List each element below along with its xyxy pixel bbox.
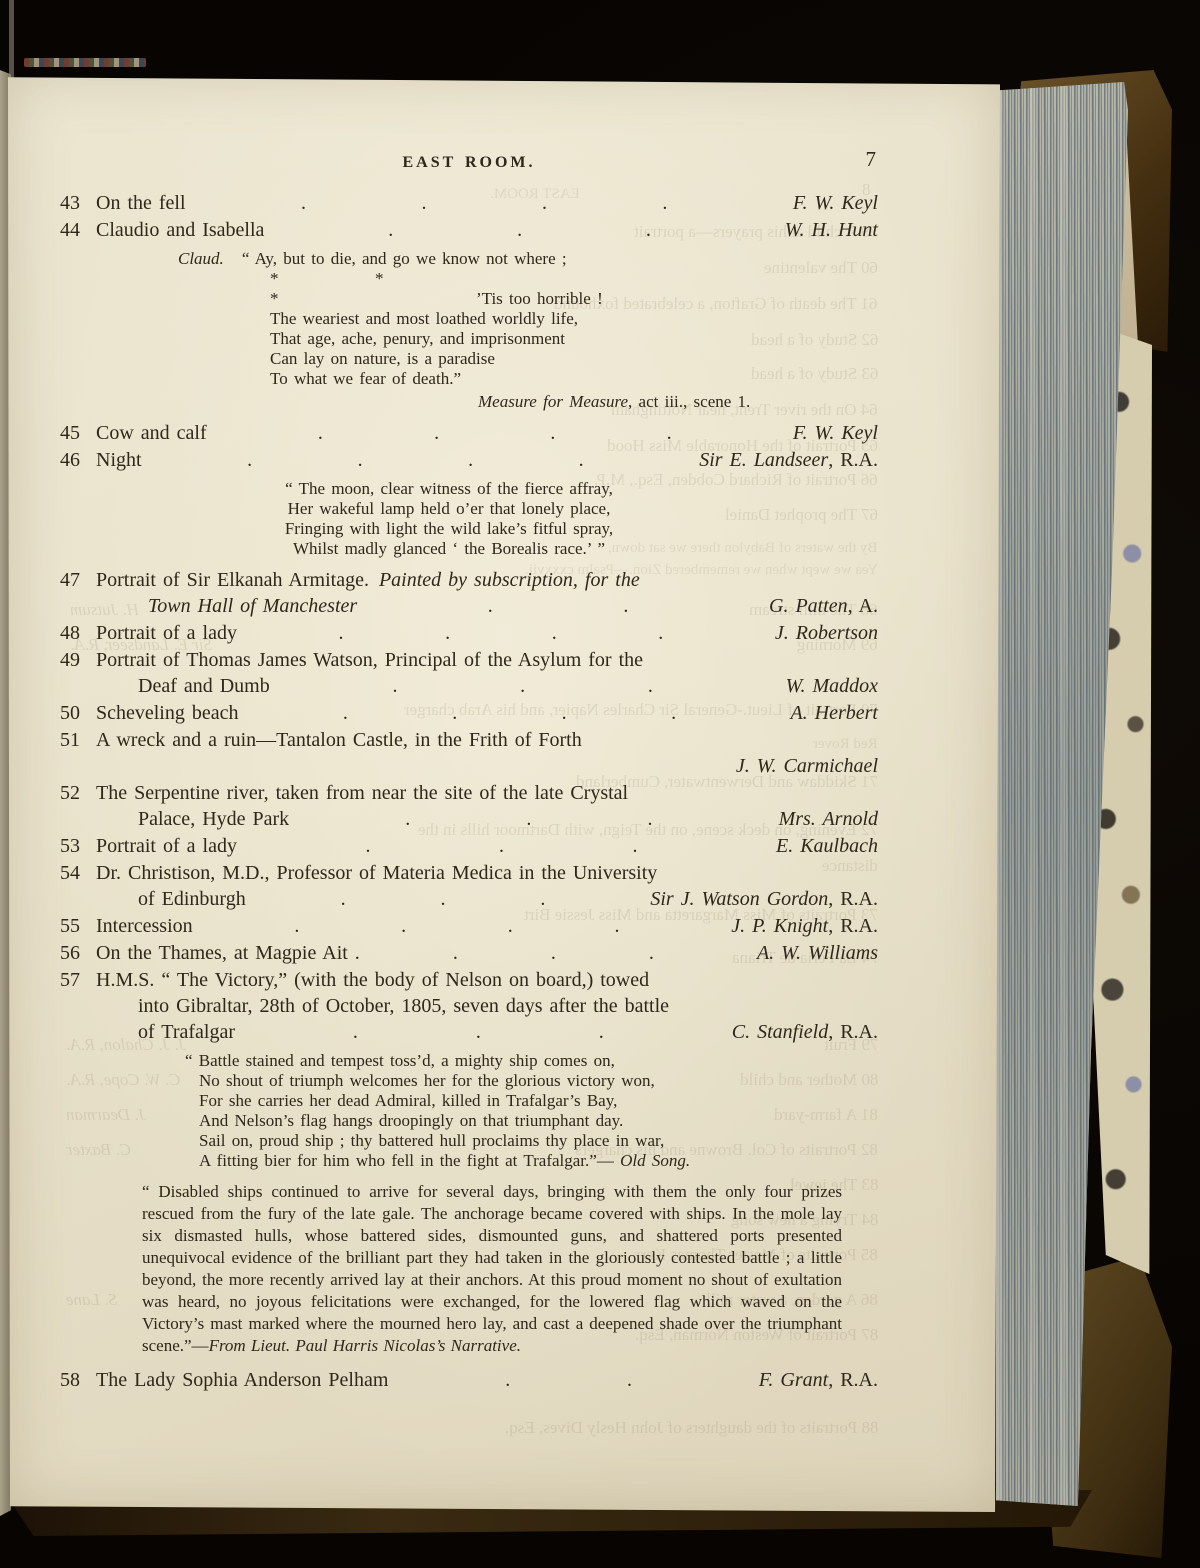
catalog-entry: 55Intercession....J. P. Knight, R.A.: [60, 913, 878, 939]
quote-line: That age, ache, penury, and imprisonment: [270, 329, 878, 349]
catalog-entry: 44Claudio and Isabella...W. H. HuntClaud…: [60, 217, 878, 412]
prose-attribution: From Lieut. Paul Harris Nicolas’s Narrat…: [209, 1336, 521, 1355]
artist-honorific: , A.: [848, 595, 878, 617]
catalog-entries: 43On the fell....F. W. Keyl44Claudio and…: [60, 190, 878, 1393]
catalog-entry: 54Dr. Christison, M.D., Professor of Mat…: [60, 860, 878, 912]
quote-line: Claud.“ Ay, but to die, and go we know n…: [178, 249, 878, 269]
artist-name: E. Kaulbach: [776, 833, 878, 859]
entry-title: Portrait of Thomas James Watson, Princip…: [96, 647, 643, 673]
page-content: EAST ROOM. 7 43On the fell....F. W. Keyl…: [60, 150, 878, 1394]
quote-line: Can lay on nature, is a paradise: [270, 349, 878, 369]
entry-title: Cow and calf: [96, 420, 207, 446]
catalog-entry: 46Night....Sir E. Landseer, R.A.“ The mo…: [60, 447, 878, 559]
artist-name: A. W. Williams: [757, 940, 878, 966]
entry-number: 48: [60, 620, 96, 646]
quote-line: And Nelson’s flag hangs droopingly on th…: [185, 1111, 878, 1131]
entry-title: Palace, Hyde Park: [138, 806, 289, 832]
entry-line: of Edinburgh...Sir J. Watson Gordon, R.A…: [138, 886, 878, 912]
artist-name: C. Stanfield, R.A.: [732, 1019, 878, 1045]
quote-line: A fitting bier for him who fell in the f…: [185, 1151, 878, 1171]
catalog-entry: 45Cow and calf....F. W. Keyl: [60, 420, 878, 446]
prose-note: “ Disabled ships continued to arrive for…: [142, 1181, 842, 1357]
quote-line: Her wakeful lamp held o’er that lonely p…: [60, 499, 838, 519]
scanned-book-photo: 8EAST ROOM.59 A child at his prayers—a p…: [0, 0, 1200, 1568]
entry-line: 48Portrait of a lady....J. Robertson: [60, 620, 878, 646]
quote-line: “ Battle stained and tempest toss’d, a m…: [185, 1051, 878, 1071]
artist-honorific: , R.A.: [828, 888, 878, 910]
leader-dots: ...: [246, 889, 641, 909]
asterisk-break: * * *: [270, 269, 440, 309]
entry-line: 50Scheveling beach....A. Herbert: [60, 700, 878, 726]
quote-line: Fringing with light the wild lake’s fitf…: [60, 519, 838, 539]
entry-line: into Gibraltar, 28th of October, 1805, s…: [138, 993, 878, 1019]
leader-dots: ..: [357, 596, 759, 616]
book-spine-top-band: [14, 40, 1018, 76]
entry-number: 50: [60, 700, 96, 726]
artist-name: F. W. Keyl: [793, 420, 878, 446]
quote-line: * * *’Tis too horrible !: [270, 269, 878, 309]
entry-number: 44: [60, 217, 96, 243]
entry-title: Dr. Christison, M.D., Professor of Mater…: [96, 860, 657, 886]
leader-dots: ..: [388, 1370, 748, 1390]
quote-line: No shout of triumph welcomes her for the…: [185, 1071, 878, 1091]
entry-number: 54: [60, 860, 96, 886]
entry-title: Deaf and Dumb: [138, 673, 270, 699]
leader-dots: ...: [289, 809, 768, 829]
entry-title: Scheveling beach: [96, 700, 239, 726]
catalog-entry: 53Portrait of a lady...E. Kaulbach: [60, 833, 878, 859]
quote-block: “ The moon, clear witness of the fierce …: [60, 479, 838, 559]
catalog-entry: 49Portrait of Thomas James Watson, Princ…: [60, 647, 878, 699]
entry-line: 51A wreck and a ruin—Tantalon Castle, in…: [60, 727, 878, 753]
artist-name: Sir J. Watson Gordon, R.A.: [650, 886, 878, 912]
artist-name: Sir E. Landseer, R.A.: [699, 447, 878, 473]
artist-name: J. P. Knight, R.A.: [731, 913, 878, 939]
leader-dots: ....: [142, 450, 690, 470]
entry-title: On the Thames, at Magpie Ait .: [96, 940, 360, 966]
leader-dots: ...: [270, 676, 776, 696]
artist-honorific: , R.A.: [828, 449, 878, 471]
entry-line: 52The Serpentine river, taken from near …: [60, 780, 878, 806]
entry-number: 56: [60, 940, 96, 966]
artist-name: W. Maddox: [786, 673, 878, 699]
entry-title: Night: [96, 447, 142, 473]
artist-name: J. W. Carmichael: [736, 753, 878, 779]
entry-line: 44Claudio and Isabella...W. H. Hunt: [60, 217, 878, 243]
entry-line: 43On the fell....F. W. Keyl: [60, 190, 878, 216]
entry-number: 51: [60, 727, 96, 753]
entry-line: 45Cow and calf....F. W. Keyl: [60, 420, 878, 446]
catalog-entry: 56On the Thames, at Magpie Ait ....A. W.…: [60, 940, 878, 966]
quote-line: “ The moon, clear witness of the fierce …: [60, 479, 838, 499]
artist-name: A. Herbert: [790, 700, 878, 726]
leader-dots: ...: [264, 220, 774, 240]
catalog-entry: 52The Serpentine river, taken from near …: [60, 780, 878, 832]
entry-title: The Lady Sophia Anderson Pelham: [96, 1367, 388, 1393]
entry-number: 52: [60, 780, 96, 806]
entry-line: 47Portrait of Sir Elkanah Armitage.Paint…: [60, 567, 878, 593]
quote-line: The weariest and most loathed worldly li…: [270, 309, 878, 329]
entry-line: 53Portrait of a lady...E. Kaulbach: [60, 833, 878, 859]
quote-attribution: Old Song.: [614, 1151, 690, 1170]
entry-title: Intercession: [96, 913, 193, 939]
leader-dots: ...: [360, 943, 747, 963]
entry-line: 55Intercession....J. P. Knight, R.A.: [60, 913, 878, 939]
catalog-entry: 51A wreck and a ruin—Tantalon Castle, in…: [60, 727, 878, 779]
entry-line: 58The Lady Sophia Anderson Pelham..F. Gr…: [60, 1367, 878, 1393]
artist-name: F. W. Keyl: [793, 190, 878, 216]
catalog-entry: 43On the fell....F. W. Keyl: [60, 190, 878, 216]
entry-number: 47: [60, 567, 96, 593]
entry-line: 49Portrait of Thomas James Watson, Princ…: [60, 647, 878, 673]
entry-number: 53: [60, 833, 96, 859]
entry-title: The Serpentine river, taken from near th…: [96, 780, 628, 806]
entry-title: Portrait of a lady: [96, 833, 237, 859]
entry-title: of Trafalgar: [138, 1019, 235, 1045]
entry-number: 49: [60, 647, 96, 673]
book-headband: [24, 58, 146, 67]
entry-title: Portrait of Sir Elkanah Armitage.: [96, 567, 369, 593]
room-title: EAST ROOM.: [60, 150, 878, 176]
quote-block: Claud.“ Ay, but to die, and go we know n…: [178, 249, 878, 412]
leader-dots: ....: [237, 623, 765, 643]
page-header: EAST ROOM. 7: [60, 150, 878, 174]
artist-name: Mrs. Arnold: [779, 806, 878, 832]
entry-number: 57: [60, 967, 96, 993]
entry-title: Claudio and Isabella: [96, 217, 264, 243]
quote-block: “ Battle stained and tempest toss’d, a m…: [185, 1051, 878, 1171]
entry-line: 54Dr. Christison, M.D., Professor of Mat…: [60, 860, 878, 886]
leader-dots: ....: [186, 193, 783, 213]
leader-dots: ...: [235, 1022, 722, 1042]
entry-line: 56On the Thames, at Magpie Ait ....A. W.…: [60, 940, 878, 966]
entry-line: 46Night....Sir E. Landseer, R.A.: [60, 447, 878, 473]
artist-name: W. H. Hunt: [785, 217, 878, 243]
entry-title-italic: Town Hall of Manchester: [148, 593, 357, 619]
entry-number: 55: [60, 913, 96, 939]
artist-name: J. Robertson: [775, 620, 878, 646]
leader-dots: ....: [207, 423, 783, 443]
quote-speaker: Claud.: [178, 249, 224, 269]
leader-dots: ....: [193, 916, 722, 936]
entry-line: Town Hall of Manchester..G. Patten, A.: [138, 593, 878, 619]
quote-source: Measure for Measure, act iii., scene 1.: [478, 392, 878, 412]
catalog-entry: 48Portrait of a lady....J. Robertson: [60, 620, 878, 646]
entry-line: 57H.M.S. “ The Victory,” (with the body …: [60, 967, 878, 993]
quote-line: Sail on, proud ship ; thy battered hull …: [185, 1131, 878, 1151]
entry-number: 58: [60, 1367, 96, 1393]
left-edge-line: [9, 0, 14, 80]
artist-name: F. Grant, R.A.: [759, 1367, 878, 1393]
page-number: 7: [866, 146, 877, 172]
quote-line: To what we fear of death.”: [270, 369, 878, 389]
entry-title: H.M.S. “ The Victory,” (with the body of…: [96, 967, 649, 993]
entry-line: J. W. Carmichael: [60, 753, 878, 779]
entry-title: into Gibraltar, 28th of October, 1805, s…: [138, 993, 669, 1019]
catalog-entry: 57H.M.S. “ The Victory,” (with the body …: [60, 967, 878, 1357]
entry-title-italic: Painted by subscription, for the: [379, 567, 640, 593]
catalog-entry: 58The Lady Sophia Anderson Pelham..F. Gr…: [60, 1367, 878, 1393]
quote-line: For she carries her dead Admiral, killed…: [185, 1091, 878, 1111]
entry-line: Palace, Hyde Park...Mrs. Arnold: [138, 806, 878, 832]
entry-number: 45: [60, 420, 96, 446]
entry-title: of Edinburgh: [138, 886, 246, 912]
entry-number: 43: [60, 190, 96, 216]
entry-title: On the fell: [96, 190, 186, 216]
entry-title: A wreck and a ruin—Tantalon Castle, in t…: [96, 727, 582, 753]
entry-line: Deaf and Dumb...W. Maddox: [138, 673, 878, 699]
entry-number: 46: [60, 447, 96, 473]
leader-dots: ...: [237, 836, 766, 856]
entry-title: Portrait of a lady: [96, 620, 237, 646]
entry-line: of Trafalgar...C. Stanfield, R.A.: [138, 1019, 878, 1045]
quote-line: Whilst madly glanced ‘ the Borealis race…: [60, 539, 838, 559]
artist-honorific: , R.A.: [828, 915, 878, 937]
catalog-entry: 47Portrait of Sir Elkanah Armitage.Paint…: [60, 567, 878, 619]
artist-name: G. Patten, A.: [769, 593, 878, 619]
artist-honorific: , R.A.: [828, 1369, 878, 1391]
artist-honorific: , R.A.: [828, 1021, 878, 1043]
leader-dots: ....: [239, 703, 781, 723]
catalog-entry: 50Scheveling beach....A. Herbert: [60, 700, 878, 726]
